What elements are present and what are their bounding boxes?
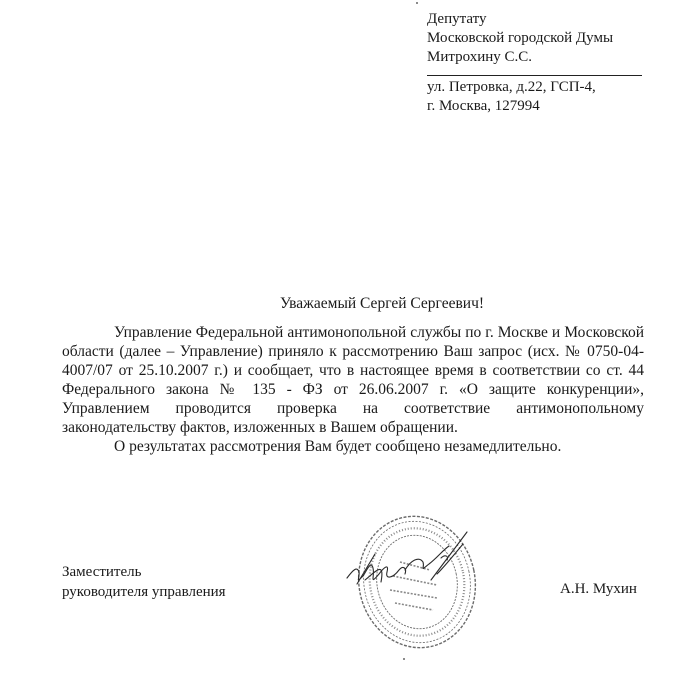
salutation-text: Уважаемый Сергей Сергеевич! — [280, 295, 484, 312]
scan-speck — [416, 2, 418, 4]
addressee-line: Московской городской Думы — [427, 29, 613, 48]
signatory-title: Заместитель руководителя управления — [62, 562, 226, 602]
body-paragraph: Управление Федеральной антимонопольной с… — [62, 323, 644, 437]
letter-page: Депутату Московской городской Думы Митро… — [0, 0, 700, 686]
scan-speck — [403, 658, 405, 660]
addressee-line: Депутату — [427, 10, 613, 29]
addressee-block: Депутату Московской городской Думы Митро… — [427, 10, 613, 67]
address-divider — [427, 75, 642, 76]
address-line: ул. Петровка, д.22, ГСП-4, — [427, 78, 596, 97]
letter-body: Управление Федеральной антимонопольной с… — [62, 323, 644, 456]
address-line: г. Москва, 127994 — [427, 97, 596, 116]
signatory-title-line: Заместитель — [62, 562, 226, 582]
signatory-title-line: руководителя управления — [62, 582, 226, 602]
salutation: Уважаемый Сергей Сергеевич! — [0, 295, 700, 313]
signatory-name: А.Н. Мухин — [560, 581, 637, 598]
address-block: ул. Петровка, д.22, ГСП-4, г. Москва, 12… — [427, 78, 596, 116]
official-stamp-icon — [345, 510, 480, 655]
addressee-line: Митрохину С.С. — [427, 48, 613, 67]
body-paragraph: О результатах рассмотрения Вам будет соо… — [62, 437, 644, 456]
